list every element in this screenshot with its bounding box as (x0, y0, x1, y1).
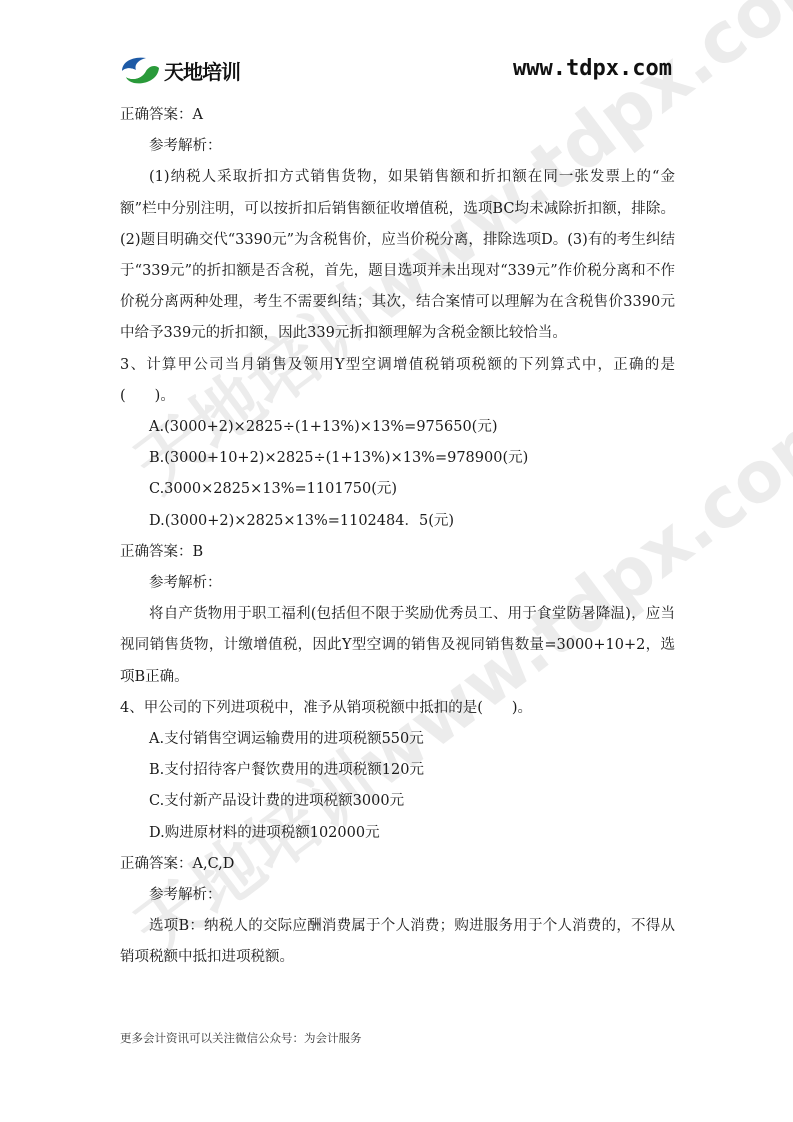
option-b: B.(3000+10+2)×2825÷(1+13%)×13%=978900(元) (120, 443, 675, 474)
page-header: 天地培训 www.tdpx.com (120, 52, 672, 92)
option-a: A.(3000+2)×2825÷(1+13%)×13%=975650(元) (120, 412, 675, 443)
analysis-text: (1)纳税人采取折扣方式销售货物，如果销售额和折扣额在同一张发票上的“金额”栏中… (120, 162, 675, 349)
document-page: 天地培训www.tdpx.com 天地培训www.tdpx.com 天地培训 w… (0, 0, 793, 1122)
analysis-text: 将自产货物用于职工福利(包括但不限于奖励优秀员工、用于食堂防暑降温)，应当视同销… (120, 599, 675, 693)
option-a: A.支付销售空调运输费用的进项税额550元 (120, 724, 675, 755)
option-list: A.(3000+2)×2825÷(1+13%)×13%=975650(元) B.… (120, 412, 675, 537)
correct-answer: 正确答案：B (120, 537, 675, 568)
option-c: C.3000×2825×13%=1101750(元) (120, 474, 675, 505)
option-b: B.支付招待客户餐饮费用的进项税额120元 (120, 755, 675, 786)
question-3: 3、计算甲公司当月销售及领用Y型空调增值税销项税额的下列算式中，正确的是( )。… (120, 350, 675, 693)
option-c: C.支付新产品设计费的进项税额3000元 (120, 786, 675, 817)
swoosh-logo-icon (120, 55, 160, 85)
analysis-label: 参考解析： (120, 131, 675, 162)
brand-name: 天地培训 (164, 56, 240, 85)
page-footer: 更多会计资讯可以关注微信公众号：为会计服务 (120, 1030, 362, 1046)
question-text: 3、计算甲公司当月销售及领用Y型空调增值税销项税额的下列算式中，正确的是( )。 (120, 350, 675, 412)
analysis-label: 参考解析： (120, 568, 675, 599)
q2-answer-section: 正确答案：A 参考解析： (1)纳税人采取折扣方式销售货物，如果销售额和折扣额在… (120, 100, 675, 350)
document-body: 正确答案：A 参考解析： (1)纳税人采取折扣方式销售货物，如果销售额和折扣额在… (120, 100, 675, 974)
correct-answer: 正确答案：A (120, 100, 675, 131)
analysis-label: 参考解析： (120, 880, 675, 911)
question-text: 4、甲公司的下列进项税中，准予从销项税额中抵扣的是( )。 (120, 693, 675, 724)
correct-answer: 正确答案：A,C,D (120, 849, 675, 880)
brand-logo: 天地培训 (120, 52, 240, 88)
option-list: A.支付销售空调运输费用的进项税额550元 B.支付招待客户餐饮费用的进项税额1… (120, 724, 675, 849)
question-4: 4、甲公司的下列进项税中，准予从销项税额中抵扣的是( )。 A.支付销售空调运输… (120, 693, 675, 974)
option-d: D.购进原材料的进项税额102000元 (120, 818, 675, 849)
site-url: www.tdpx.com (513, 56, 672, 81)
option-d: D.(3000+2)×2825×13%=1102484．5(元) (120, 506, 675, 537)
analysis-text: 选项B：纳税人的交际应酬消费属于个人消费；购进服务用于个人消费的，不得从销项税额… (120, 911, 675, 973)
